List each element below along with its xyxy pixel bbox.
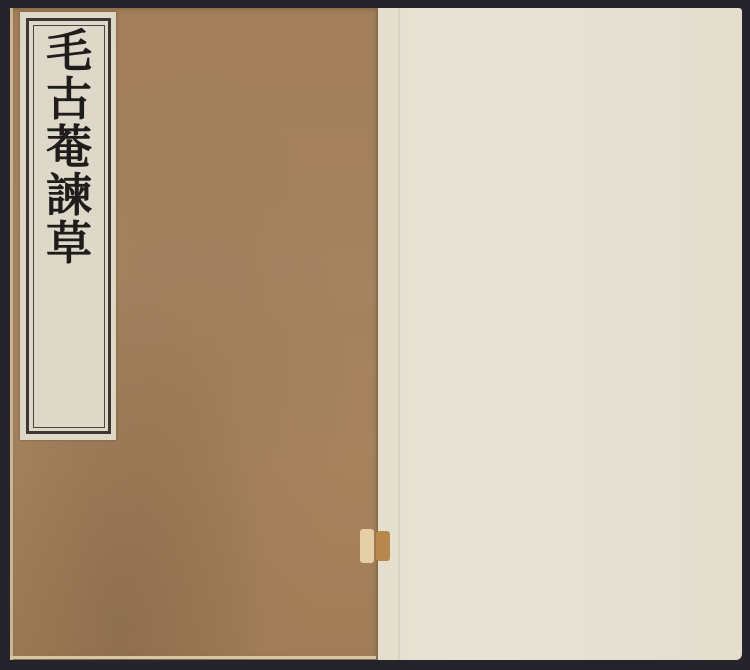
title-char: 毛 (46, 27, 92, 75)
cover-left-edge (10, 8, 13, 660)
page-fold-line (398, 8, 400, 660)
cover-bottom-edge (10, 656, 378, 659)
title-char: 草 (46, 219, 92, 267)
blank-flyleaf-page (378, 8, 742, 660)
torn-paper-dark (376, 531, 390, 561)
torn-paper-light (360, 529, 374, 563)
title-char: 菴 (46, 123, 92, 171)
book-title: 毛 古 菴 諫 草 (33, 27, 105, 267)
title-label: 毛 古 菴 諫 草 (20, 12, 116, 440)
binding-tab-damage (356, 525, 392, 567)
title-char: 古 (46, 75, 92, 123)
title-char: 諫 (46, 171, 92, 219)
